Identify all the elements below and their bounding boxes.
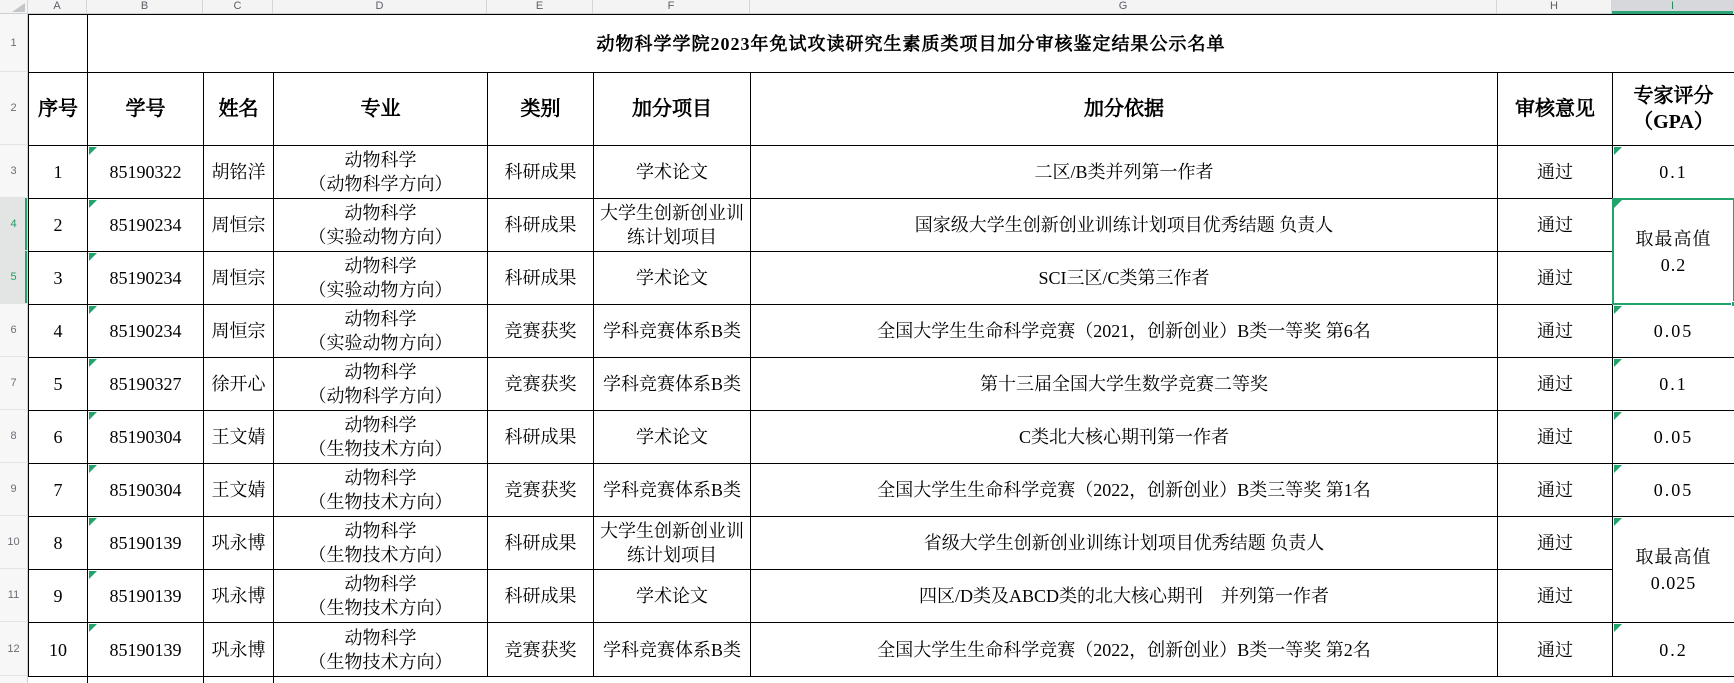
cell-index[interactable]: 10 (29, 623, 88, 677)
cell-name[interactable]: 周恒宗 (204, 199, 274, 252)
major-line1: 动物科学 (274, 360, 487, 384)
table-header-row: 序号 学号 姓名 专业 类别 加分项目 加分依据 审核意见 专家评分 （GPA） (29, 73, 1734, 146)
header-expert-score-line2: （GPA） (1613, 109, 1734, 135)
cell-major[interactable]: 动物科学（生物技术方向） (274, 411, 488, 464)
cell-category[interactable]: 竞赛获奖 (488, 464, 594, 517)
cell-index[interactable]: 3 (29, 252, 88, 305)
major-line2: （生物技术方向） (274, 437, 487, 461)
cell-bonus-basis[interactable]: 第十三届全国大学生数学竞赛二等奖 (751, 358, 1498, 411)
select-all-corner[interactable] (0, 0, 28, 13)
cell-major[interactable]: 动物科学（生物技术方向） (274, 517, 488, 570)
header-expert-score-line1: 专家评分 (1613, 83, 1734, 109)
header-category[interactable]: 类别 (488, 73, 594, 146)
cell-score[interactable]: 0.2 (1613, 623, 1734, 677)
cell-score[interactable]: 0.1 (1613, 358, 1734, 411)
cell-name[interactable]: 巩永博 (204, 517, 274, 570)
cell-student-id[interactable]: 85190322 (88, 146, 204, 199)
cell-bonus-item[interactable]: 学术论文 (594, 570, 751, 623)
column-header-H[interactable]: H (1497, 0, 1612, 13)
cell-student-id[interactable]: 85190327 (88, 358, 204, 411)
cell-student-id[interactable]: 85190139 (88, 517, 204, 570)
column-header-D[interactable]: D (273, 0, 487, 13)
title-row: 动物科学学院2023年免试攻读研究生素质类项目加分审核鉴定结果公示名单 (29, 15, 1734, 73)
row-header-2[interactable]: 2 (0, 72, 28, 145)
column-header-C[interactable]: C (203, 0, 273, 13)
cell-bonus-basis[interactable]: 国家级大学生创新创业训练计划项目优秀结题 负责人 (751, 199, 1498, 252)
cell-bonus-basis[interactable]: C类北大核心期刊第一作者 (751, 411, 1498, 464)
cell-name[interactable]: 巩永博 (204, 570, 274, 623)
cell-name[interactable]: 王文婧 (204, 411, 274, 464)
cell-bonus-basis[interactable]: 二区/B类并列第一作者 (751, 146, 1498, 199)
major-line1: 动物科学 (274, 519, 487, 543)
cell-bonus-item[interactable]: 学科竞赛体系B类 (594, 623, 751, 677)
grid-stub (203, 676, 204, 683)
row-header-9[interactable]: 9 (0, 463, 28, 516)
major-line1: 动物科学 (274, 466, 487, 490)
cell-name[interactable]: 周恒宗 (204, 252, 274, 305)
row-header-12[interactable]: 12 (0, 622, 28, 676)
major-line2: （实验动物方向） (274, 278, 487, 302)
cell-bonus-basis[interactable]: 全国大学生生命科学竞赛（2022，创新创业）B类一等奖 第2名 (751, 623, 1498, 677)
cell-major[interactable]: 动物科学（实验动物方向） (274, 252, 488, 305)
row-header-1[interactable]: 1 (0, 14, 28, 72)
row-header-gutter: 123456789101112 (0, 14, 28, 676)
cell-index[interactable]: 2 (29, 199, 88, 252)
cell-index[interactable]: 8 (29, 517, 88, 570)
cell-student-id[interactable]: 85190234 (88, 305, 204, 358)
cell-bonus-item[interactable]: 学科竞赛体系B类 (594, 358, 751, 411)
cell-bonus-item[interactable]: 学科竞赛体系B类 (594, 464, 751, 517)
header-expert-score[interactable]: 专家评分 （GPA） (1613, 73, 1734, 146)
cell-bonus-item[interactable]: 大学生创新创业训练计划项目 (594, 517, 751, 570)
score-line: 0.2 (1613, 252, 1734, 278)
table-row: 385190234周恒宗动物科学（实验动物方向）科研成果学术论文SCI三区/C类… (29, 252, 1734, 305)
page-title[interactable]: 动物科学学院2023年免试攻读研究生素质类项目加分审核鉴定结果公示名单 (88, 15, 1734, 73)
cell-index[interactable]: 7 (29, 464, 88, 517)
grid-stub (87, 676, 88, 683)
major-line2: （实验动物方向） (274, 331, 487, 355)
cell-index[interactable]: 6 (29, 411, 88, 464)
cell-name[interactable]: 胡铭洋 (204, 146, 274, 199)
cell-student-id[interactable]: 85190234 (88, 199, 204, 252)
cell-review[interactable]: 通过 (1498, 146, 1613, 199)
major-line2: （生物技术方向） (274, 543, 487, 567)
column-header-strip: ABCDEFGHI (0, 0, 1734, 14)
row-header-8[interactable]: 8 (0, 410, 28, 463)
header-student-id[interactable]: 学号 (88, 73, 204, 146)
cell-bonus-item[interactable]: 学术论文 (594, 146, 751, 199)
major-line2: （生物技术方向） (274, 596, 487, 620)
header-name[interactable]: 姓名 (204, 73, 274, 146)
cell-index[interactable]: 4 (29, 305, 88, 358)
column-header-G[interactable]: G (750, 0, 1497, 13)
cell-category[interactable]: 竞赛获奖 (488, 305, 594, 358)
cell-bonus-basis[interactable]: 全国大学生生命科学竞赛（2022，创新创业）B类三等奖 第1名 (751, 464, 1498, 517)
cell-review[interactable]: 通过 (1498, 464, 1613, 517)
cell-major[interactable]: 动物科学（动物科学方向） (274, 146, 488, 199)
cell-review[interactable]: 通过 (1498, 623, 1613, 677)
cell-a1-empty[interactable] (29, 15, 88, 73)
column-header-A[interactable]: A (28, 0, 87, 13)
table-row: 685190304王文婧动物科学（生物技术方向）科研成果学术论文C类北大核心期刊… (29, 411, 1734, 464)
column-header-I[interactable]: I (1612, 0, 1734, 14)
major-line1: 动物科学 (274, 201, 487, 225)
column-header-F[interactable]: F (593, 0, 750, 13)
cell-review[interactable]: 通过 (1498, 358, 1613, 411)
cell-major[interactable]: 动物科学（生物技术方向） (274, 623, 488, 677)
major-line1: 动物科学 (274, 148, 487, 172)
spreadsheet: ABCDEFGHI 123456789101112 动物科学学院2023年免试攻… (0, 0, 1734, 683)
cell-category[interactable]: 科研成果 (488, 146, 594, 199)
row-header-10[interactable]: 10 (0, 516, 28, 569)
cell-score-merged[interactable]: 取最高值0.2 (1613, 199, 1734, 305)
cell-bonus-item[interactable]: 学科竞赛体系B类 (594, 305, 751, 358)
major-line1: 动物科学 (274, 307, 487, 331)
table-body: 动物科学学院2023年免试攻读研究生素质类项目加分审核鉴定结果公示名单 序号 学… (29, 15, 1734, 677)
cell-name[interactable]: 巩永博 (204, 623, 274, 677)
major-line2: （动物科学方向） (274, 172, 487, 196)
table-row: 585190327徐开心动物科学（动物科学方向）竞赛获奖学科竞赛体系B类第十三届… (29, 358, 1734, 411)
score-line: 0.025 (1613, 570, 1734, 596)
table-row: 485190234周恒宗动物科学（实验动物方向）竞赛获奖学科竞赛体系B类全国大学… (29, 305, 1734, 358)
cell-bonus-item[interactable]: 学术论文 (594, 252, 751, 305)
cell-bonus-basis[interactable]: SCI三区/C类第三作者 (751, 252, 1498, 305)
cell-bonus-item[interactable]: 大学生创新创业训练计划项目 (594, 199, 751, 252)
cell-score[interactable]: 0.05 (1613, 464, 1734, 517)
table-row: 785190304王文婧动物科学（生物技术方向）竞赛获奖学科竞赛体系B类全国大学… (29, 464, 1734, 517)
cell-name[interactable]: 周恒宗 (204, 305, 274, 358)
cell-major[interactable]: 动物科学（实验动物方向） (274, 305, 488, 358)
cell-student-id[interactable]: 85190139 (88, 570, 204, 623)
major-line1: 动物科学 (274, 254, 487, 278)
cell-category[interactable]: 科研成果 (488, 517, 594, 570)
cell-review[interactable]: 通过 (1498, 411, 1613, 464)
cell-bonus-basis[interactable]: 省级大学生创新创业训练计划项目优秀结题 负责人 (751, 517, 1498, 570)
table-row: 885190139巩永博动物科学（生物技术方向）科研成果大学生创新创业训练计划项… (29, 517, 1734, 570)
cell-major[interactable]: 动物科学（生物技术方向） (274, 464, 488, 517)
column-header-B[interactable]: B (87, 0, 203, 13)
next-row-sliver (0, 676, 28, 683)
cell-category[interactable]: 竞赛获奖 (488, 623, 594, 677)
cell-name[interactable]: 徐开心 (204, 358, 274, 411)
worksheet-table: 动物科学学院2023年免试攻读研究生素质类项目加分审核鉴定结果公示名单 序号 学… (28, 14, 1734, 677)
major-line2: （生物技术方向） (274, 650, 487, 674)
row-header-6[interactable]: 6 (0, 304, 28, 357)
cell-index[interactable]: 5 (29, 358, 88, 411)
cell-bonus-basis[interactable]: 四区/D类及ABCD类的北大核心期刊 并列第一作者 (751, 570, 1498, 623)
cell-score[interactable]: 0.05 (1613, 305, 1734, 358)
major-line1: 动物科学 (274, 626, 487, 650)
header-bonus-item[interactable]: 加分项目 (594, 73, 751, 146)
cell-student-id[interactable]: 85190304 (88, 464, 204, 517)
major-line2: （动物科学方向） (274, 384, 487, 408)
cell-category[interactable]: 科研成果 (488, 252, 594, 305)
cell-index[interactable]: 9 (29, 570, 88, 623)
cell-category[interactable]: 竞赛获奖 (488, 358, 594, 411)
table-row: 1085190139巩永博动物科学（生物技术方向）竞赛获奖学科竞赛体系B类全国大… (29, 623, 1734, 677)
table-row: 985190139巩永博动物科学（生物技术方向）科研成果学术论文四区/D类及AB… (29, 570, 1734, 623)
cell-review[interactable]: 通过 (1498, 252, 1613, 305)
row-header-3[interactable]: 3 (0, 145, 28, 198)
cell-bonus-item[interactable]: 学术论文 (594, 411, 751, 464)
row-header-4[interactable]: 4 (0, 198, 28, 251)
major-line2: （实验动物方向） (274, 225, 487, 249)
row-header-7[interactable]: 7 (0, 357, 28, 410)
table-row: 185190322胡铭洋动物科学（动物科学方向）科研成果学术论文二区/B类并列第… (29, 146, 1734, 199)
major-line2: （生物技术方向） (274, 490, 487, 514)
row-header-11[interactable]: 11 (0, 569, 28, 622)
cell-major[interactable]: 动物科学（实验动物方向） (274, 199, 488, 252)
cell-bonus-basis[interactable]: 全国大学生生命科学竞赛（2021，创新创业）B类一等奖 第6名 (751, 305, 1498, 358)
major-line1: 动物科学 (274, 413, 487, 437)
score-line: 取最高值 (1613, 544, 1734, 570)
cell-student-id[interactable]: 85190139 (88, 623, 204, 677)
major-line1: 动物科学 (274, 572, 487, 596)
header-major[interactable]: 专业 (274, 73, 488, 146)
cell-major[interactable]: 动物科学（生物技术方向） (274, 570, 488, 623)
row-header-5[interactable]: 5 (0, 251, 28, 304)
header-index[interactable]: 序号 (29, 73, 88, 146)
cell-review[interactable]: 通过 (1498, 305, 1613, 358)
cell-score-merged[interactable]: 取最高值0.025 (1613, 517, 1734, 623)
column-header-E[interactable]: E (487, 0, 593, 13)
score-line: 取最高值 (1613, 226, 1734, 252)
cell-name[interactable]: 王文婧 (204, 464, 274, 517)
cell-student-id[interactable]: 85190304 (88, 411, 204, 464)
cell-index[interactable]: 1 (29, 146, 88, 199)
cell-review[interactable]: 通过 (1498, 570, 1613, 623)
cell-category[interactable]: 科研成果 (488, 199, 594, 252)
cell-score[interactable]: 0.05 (1613, 411, 1734, 464)
cell-category[interactable]: 科研成果 (488, 570, 594, 623)
cell-student-id[interactable]: 85190234 (88, 252, 204, 305)
table-row: 285190234周恒宗动物科学（实验动物方向）科研成果大学生创新创业训练计划项… (29, 199, 1734, 252)
grid-stub (273, 676, 274, 683)
cell-major[interactable]: 动物科学（动物科学方向） (274, 358, 488, 411)
cell-category[interactable]: 科研成果 (488, 411, 594, 464)
header-bonus-basis[interactable]: 加分依据 (751, 73, 1498, 146)
header-review[interactable]: 审核意见 (1498, 73, 1613, 146)
cell-review[interactable]: 通过 (1498, 517, 1613, 570)
cell-score[interactable]: 0.1 (1613, 146, 1734, 199)
cell-review[interactable]: 通过 (1498, 199, 1613, 252)
